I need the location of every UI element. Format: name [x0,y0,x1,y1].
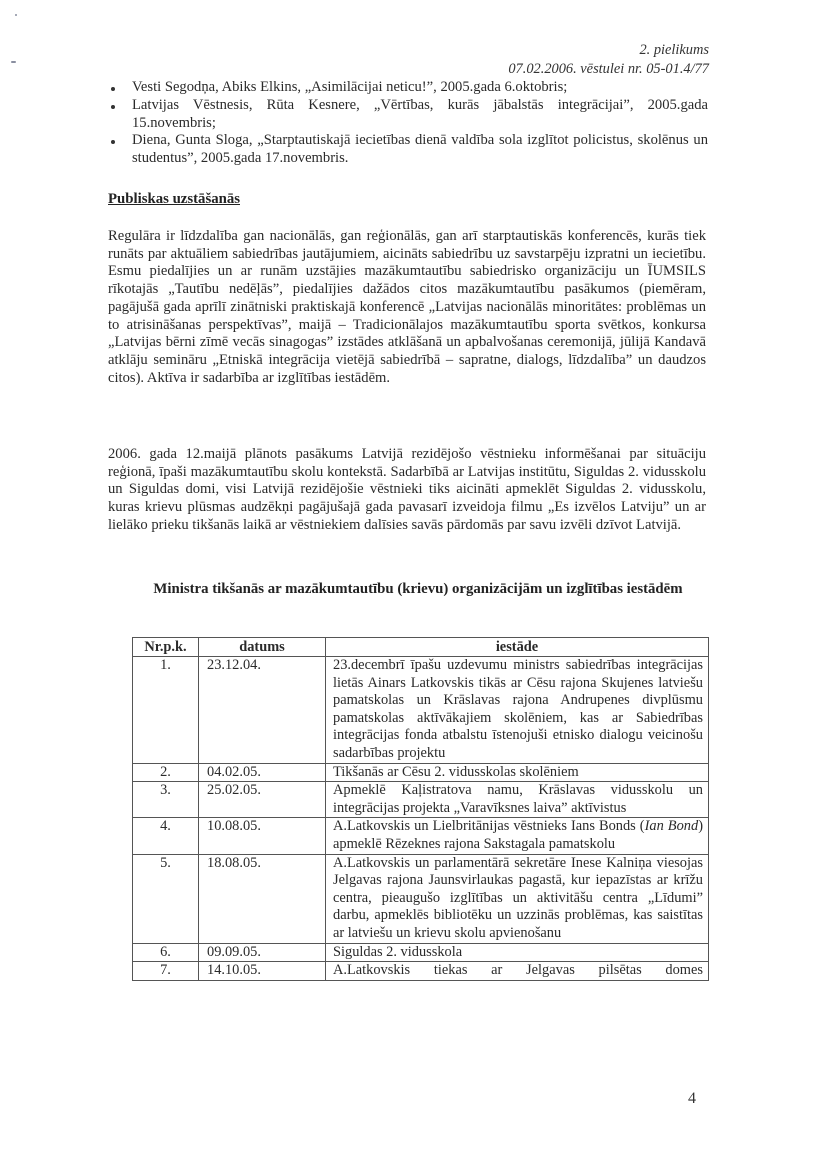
paragraph: 2006. gada 12.maijā plānots pasākums Lat… [108,446,706,535]
document-header: 2. pielikums 07.02.2006. vēstulei nr. 05… [508,41,709,79]
page-number: 4 [688,1090,696,1108]
english-name: Ian Bond [645,818,699,834]
table-row: 2. 04.02.05. Tikšanās ar Cēsu 2. vidussk… [133,763,709,782]
row-date: 09.09.05. [199,943,326,962]
row-number: 3. [133,782,199,818]
row-description: A.Latkovskis un Lielbritānijas vēstnieks… [326,818,709,854]
section-heading: Publiskas uzstāšanās [108,191,240,208]
row-date: 10.08.05. [199,818,326,854]
table-row: 5. 18.08.05. A.Latkovskis un parlamentār… [133,854,709,943]
bullet-icon [111,87,115,91]
table-header-row: Nr.p.k. datums iestāde [133,638,709,657]
appendix-label: 2. pielikums [508,41,709,60]
row-number: 4. [133,818,199,854]
paragraph: Regulāra ir līdzdalība gan nacionālās, g… [108,228,706,387]
table-title: Ministra tikšanās ar mazākumtautību (kri… [118,580,718,598]
row-number: 2. [133,763,199,782]
row-date: 23.12.04. [199,657,326,764]
column-header-date: datums [199,638,326,657]
table-row: 1. 23.12.04. 23.decembrī īpašu uzdevumu … [133,657,709,764]
row-number: 6. [133,943,199,962]
list-item: Vesti Segodņa, Abiks Elkins, „Asimilācij… [108,79,708,97]
row-number: 7. [133,962,199,981]
document-page: 2. pielikums 07.02.2006. vēstulei nr. 05… [0,0,816,1151]
bullet-icon [111,140,115,144]
row-description: Siguldas 2. vidusskola [326,943,709,962]
list-item: Diena, Gunta Sloga, „Starptautiskajā iec… [108,132,708,168]
table-row: 3. 25.02.05. Apmeklē Kaļistratova namu, … [133,782,709,818]
row-date: 14.10.05. [199,962,326,981]
list-item: Latvijas Vēstnesis, Rūta Kesnere, „Vērtī… [108,97,708,133]
scan-speck [11,61,16,63]
press-list: Vesti Segodņa, Abiks Elkins, „Asimilācij… [108,79,708,168]
row-description: A.Latkovskis un parlamentārā sekretāre I… [326,854,709,943]
table-row: 6. 09.09.05. Siguldas 2. vidusskola [133,943,709,962]
column-header-nr: Nr.p.k. [133,638,199,657]
meetings-table: Nr.p.k. datums iestāde 1. 23.12.04. 23.d… [132,637,709,981]
table-row: 4. 10.08.05. A.Latkovskis un Lielbritāni… [133,818,709,854]
row-date: 04.02.05. [199,763,326,782]
row-description: Tikšanās ar Cēsu 2. vidusskolas skolēnie… [326,763,709,782]
row-number: 1. [133,657,199,764]
row-date: 18.08.05. [199,854,326,943]
bullet-icon [111,105,115,109]
row-description: A.Latkovskis tiekas ar Jelgavas pilsētas… [326,962,709,981]
letter-reference: 07.02.2006. vēstulei nr. 05-01.4/77 [508,60,709,79]
row-number: 5. [133,854,199,943]
row-description: Apmeklē Kaļistratova namu, Krāslavas vid… [326,782,709,818]
row-description: 23.decembrī īpašu uzdevumu ministrs sabi… [326,657,709,764]
row-date: 25.02.05. [199,782,326,818]
scan-speck [15,14,17,16]
table-row: 7. 14.10.05. A.Latkovskis tiekas ar Jelg… [133,962,709,981]
column-header-institution: iestāde [326,638,709,657]
